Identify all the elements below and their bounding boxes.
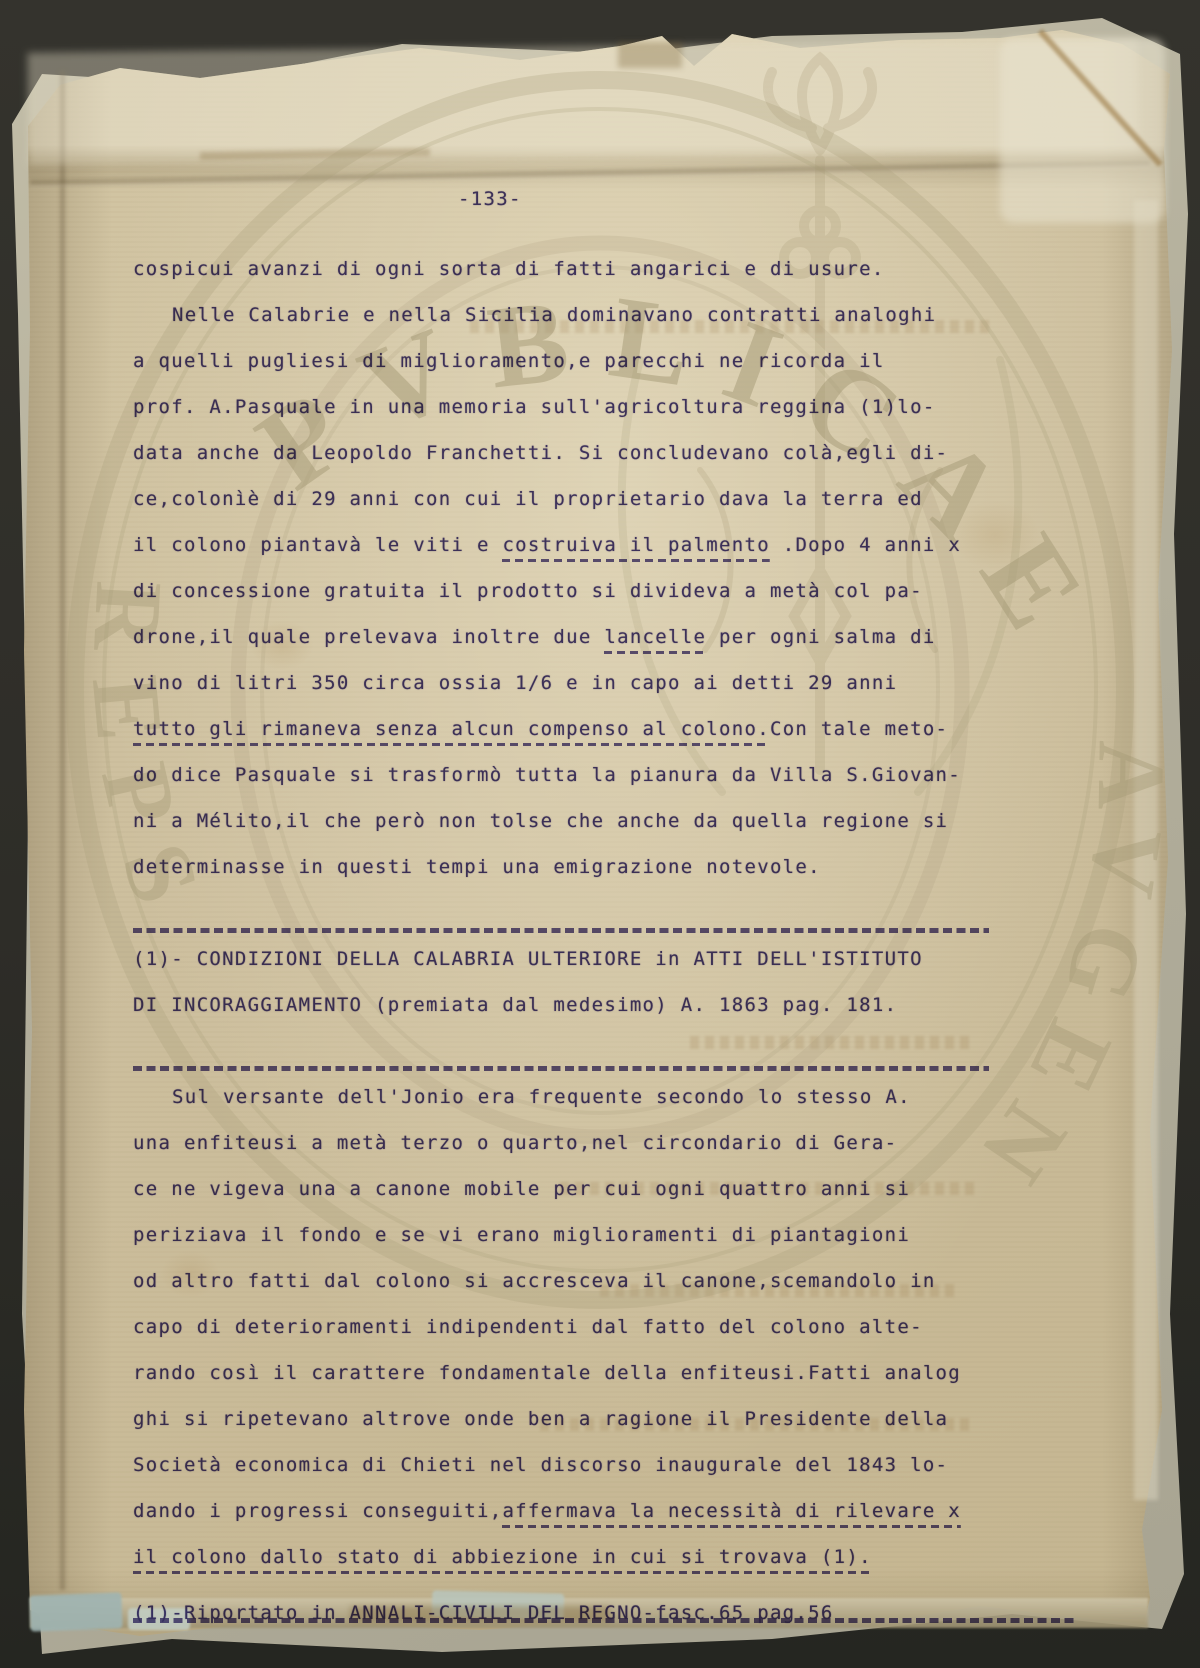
- typed-line: ni a Mélito,il che però non tolse che an…: [133, 810, 948, 856]
- typed-line: (1)-Riportato in ANNALI-CIVILI DEL REGNO…: [133, 1602, 834, 1648]
- typed-line: prof. A.Pasquale in una memoria sull'agr…: [133, 396, 936, 442]
- typed-text: una enfiteusi a metà terzo o quarto,nel …: [133, 1132, 897, 1154]
- typed-line: dando i progressi conseguiti,affermava l…: [133, 1500, 961, 1546]
- typed-text: od altro fatti dal colono si accresceva …: [133, 1270, 936, 1292]
- scanned-page: PVBLICAE AVGEND REPS -133- cospi: [0, 0, 1200, 1668]
- typed-text: ce ne vigeva una a canone mobile per cui…: [133, 1178, 910, 1200]
- typed-text: .Dopo 4 anni x: [770, 534, 961, 556]
- underlined-text: lancelle: [604, 626, 706, 654]
- typed-text: rando così il carattere fondamentale del…: [133, 1362, 961, 1384]
- typed-text: ni a Mélito,il che però non tolse che an…: [133, 810, 948, 832]
- typed-text-layer: -133- cospicui avanzi di ogni sorta di f…: [0, 0, 1200, 1668]
- typed-text: il colono piantavà le viti e: [133, 534, 502, 556]
- typed-line: a quelli pugliesi di miglioramento,e par…: [133, 350, 885, 396]
- typed-text: data anche da Leopoldo Franchetti. Si co…: [133, 442, 948, 464]
- typed-text: drone,il quale prelevava inoltre due: [133, 626, 604, 648]
- typed-line: DI INCORAGGIAMENTO (premiata dal medesim…: [133, 994, 897, 1040]
- typed-text: per ogni salma di: [706, 626, 935, 648]
- typed-divider-line: [133, 902, 989, 948]
- typed-text: Società economica di Chieti nel discorso…: [133, 1454, 948, 1476]
- typed-text: prof. A.Pasquale in una memoria sull'agr…: [133, 396, 936, 418]
- typed-line: cospicui avanzi di ogni sorta di fatti a…: [133, 258, 885, 304]
- typed-text: Sul versante dell'Jonio era frequente se…: [172, 1086, 911, 1108]
- typed-line: Società economica di Chieti nel discorso…: [133, 1454, 948, 1500]
- typed-line: vino di litri 350 circa ossia 1/6 e in c…: [133, 672, 897, 718]
- typed-text: determinasse in questi tempi una emigraz…: [133, 856, 821, 878]
- typed-text: Nelle Calabrie e nella Sicilia dominavan…: [172, 304, 936, 326]
- typed-line: data anche da Leopoldo Franchetti. Si co…: [133, 442, 948, 488]
- typed-line: determinasse in questi tempi una emigraz…: [133, 856, 821, 902]
- typed-line: Sul versante dell'Jonio era frequente se…: [133, 1086, 911, 1132]
- typed-text: vino di litri 350 circa ossia 1/6 e in c…: [133, 672, 897, 694]
- typed-text: (1)- CONDIZIONI DELLA CALABRIA ULTERIORE…: [133, 948, 923, 970]
- typed-text: DI INCORAGGIAMENTO (premiata dal medesim…: [133, 994, 897, 1016]
- typed-text: a quelli pugliesi di miglioramento,e par…: [133, 350, 885, 372]
- underlined-text: affermava la necessità di rilevare x: [502, 1500, 961, 1528]
- underlined-text: il colono dallo stato di abbiezione in c…: [133, 1546, 872, 1574]
- typed-line: di concessione gratuita il prodotto si d…: [133, 580, 923, 626]
- typed-line: ce,colonìè di 29 anni con cui il proprie…: [133, 488, 923, 534]
- typed-line: rando così il carattere fondamentale del…: [133, 1362, 961, 1408]
- typed-line: il colono dallo stato di abbiezione in c…: [133, 1546, 872, 1592]
- page-number: -133-: [458, 188, 522, 218]
- typed-text: (1)-Riportato in ANNALI-CIVILI DEL REGNO…: [133, 1602, 834, 1624]
- underlined-text: costruiva il palmento: [502, 534, 770, 562]
- typed-text: ce,colonìè di 29 anni con cui il proprie…: [133, 488, 923, 510]
- typed-line: (1)- CONDIZIONI DELLA CALABRIA ULTERIORE…: [133, 948, 923, 994]
- typed-text: capo di deterioramenti indipendenti dal …: [133, 1316, 923, 1338]
- typed-line: drone,il quale prelevava inoltre due lan…: [133, 626, 936, 672]
- typed-line: il colono piantavà le viti e costruiva i…: [133, 534, 961, 580]
- typed-line: capo di deterioramenti indipendenti dal …: [133, 1316, 923, 1362]
- typed-line: tutto gli rimaneva senza alcun compenso …: [133, 718, 948, 764]
- typed-line: do dice Pasquale si trasformò tutta la p…: [133, 764, 961, 810]
- typed-text: ghi si ripetevano altrove onde ben a rag…: [133, 1408, 948, 1430]
- typed-line: ghi si ripetevano altrove onde ben a rag…: [133, 1408, 948, 1454]
- typed-line: periziava il fondo e se vi erano miglior…: [133, 1224, 910, 1270]
- typed-text: do dice Pasquale si trasformò tutta la p…: [133, 764, 961, 786]
- typed-text: cospicui avanzi di ogni sorta di fatti a…: [133, 258, 885, 280]
- typed-line: ce ne vigeva una a canone mobile per cui…: [133, 1178, 910, 1224]
- typed-text: Con tale meto-: [770, 718, 948, 740]
- typed-line: una enfiteusi a metà terzo o quarto,nel …: [133, 1132, 897, 1178]
- typed-divider-line: [133, 1040, 989, 1086]
- underlined-text: tutto gli rimaneva senza alcun compenso …: [133, 718, 770, 746]
- typed-line: od altro fatti dal colono si accresceva …: [133, 1270, 936, 1316]
- typed-text: periziava il fondo e se vi erano miglior…: [133, 1224, 910, 1246]
- typed-text: di concessione gratuita il prodotto si d…: [133, 580, 923, 602]
- typed-text: dando i progressi conseguiti,: [133, 1500, 502, 1522]
- typed-line: Nelle Calabrie e nella Sicilia dominavan…: [133, 304, 936, 350]
